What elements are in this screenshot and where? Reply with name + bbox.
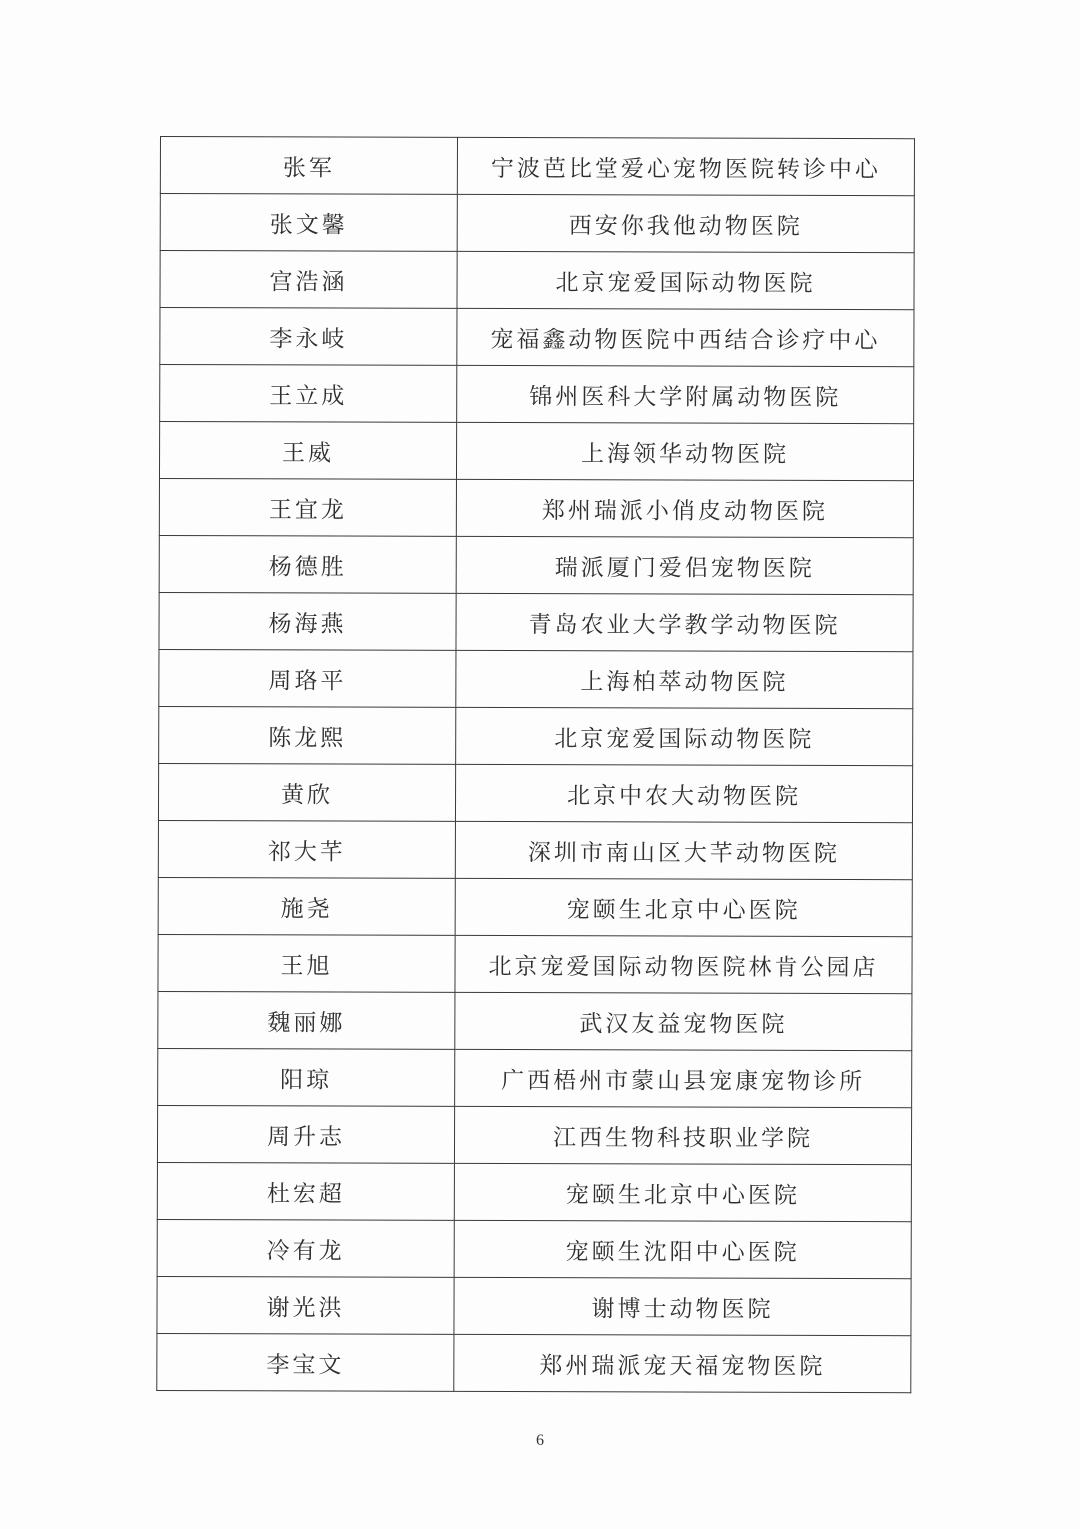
table-row: 宫浩涵 北京宠爱国际动物医院 — [160, 251, 914, 310]
organization-cell: 郑州瑞派小俏皮动物医院 — [456, 479, 913, 537]
organization-cell: 瑞派厦门爱侣宠物医院 — [456, 536, 913, 594]
organization-cell: 宁波芭比堂爱心宠物医院转诊中心 — [457, 137, 914, 195]
organization-cell: 北京中农大动物医院 — [455, 764, 912, 822]
name-cell: 杨海燕 — [159, 592, 456, 650]
roster-table-body: 张军 宁波芭比堂爱心宠物医院转诊中心 张文馨 西安你我他动物医院 宫浩涵 北京宠… — [157, 137, 915, 1393]
name-cell: 陈龙熙 — [159, 706, 456, 764]
page-number: 6 — [0, 1432, 1080, 1450]
organization-cell: 西安你我他动物医院 — [457, 194, 914, 252]
table-row: 祁大芊 深圳市南山区大芊动物医院 — [158, 820, 912, 879]
roster-table-container: 张军 宁波芭比堂爱心宠物医院转诊中心 张文馨 西安你我他动物医院 宫浩涵 北京宠… — [156, 136, 912, 1393]
roster-table: 张军 宁波芭比堂爱心宠物医院转诊中心 张文馨 西安你我他动物医院 宫浩涵 北京宠… — [156, 136, 915, 1393]
name-cell: 杨德胜 — [159, 535, 456, 593]
table-row: 王旭 北京宠爱国际动物医院林肯公园店 — [158, 934, 912, 993]
table-row: 冷有龙 宠颐生沈阳中心医院 — [157, 1219, 911, 1278]
table-row: 周升志 江西生物科技职业学院 — [157, 1105, 911, 1164]
organization-cell: 北京宠爱国际动物医院林肯公园店 — [455, 935, 912, 993]
name-cell: 冷有龙 — [157, 1219, 454, 1277]
table-row: 王威 上海领华动物医院 — [159, 422, 913, 481]
organization-cell: 宠颐生北京中心医院 — [454, 1163, 911, 1221]
organization-cell: 深圳市南山区大芊动物医院 — [455, 821, 912, 879]
table-row: 王立成 锦州医科大学附属动物医院 — [160, 365, 914, 424]
table-row: 王宜龙 郑州瑞派小俏皮动物医院 — [159, 478, 913, 537]
table-row: 杨德胜 瑞派厦门爱侣宠物医院 — [159, 535, 913, 594]
organization-cell: 江西生物科技职业学院 — [454, 1106, 911, 1164]
table-row: 李永岐 宠福鑫动物医院中西结合诊疗中心 — [160, 308, 914, 367]
organization-cell: 武汉友益宠物医院 — [455, 992, 912, 1050]
name-cell: 魏丽娜 — [158, 991, 455, 1049]
name-cell: 施尧 — [158, 877, 455, 935]
organization-cell: 上海领华动物医院 — [456, 422, 913, 480]
organization-cell: 上海柏萃动物医院 — [456, 650, 913, 708]
name-cell: 李宝文 — [157, 1333, 454, 1391]
table-row: 施尧 宠颐生北京中心医院 — [158, 877, 912, 936]
organization-cell: 锦州医科大学附属动物医院 — [457, 365, 914, 423]
organization-cell: 谢博士动物医院 — [454, 1277, 911, 1335]
name-cell: 王威 — [159, 422, 456, 480]
name-cell: 张军 — [160, 137, 457, 195]
document-page: 张军 宁波芭比堂爱心宠物医院转诊中心 张文馨 西安你我他动物医院 宫浩涵 北京宠… — [0, 0, 1080, 1529]
name-cell: 王旭 — [158, 934, 455, 992]
name-cell: 宫浩涵 — [160, 251, 457, 309]
organization-cell: 宠福鑫动物医院中西结合诊疗中心 — [457, 308, 914, 366]
table-row: 杨海燕 青岛农业大学教学动物医院 — [159, 592, 913, 651]
table-row: 黄欣 北京中农大动物医院 — [158, 763, 912, 822]
table-row: 李宝文 郑州瑞派宠天福宠物医院 — [157, 1333, 911, 1392]
table-row: 张军 宁波芭比堂爱心宠物医院转诊中心 — [160, 137, 914, 196]
organization-cell: 北京宠爱国际动物医院 — [456, 707, 913, 765]
table-row: 周珞平 上海柏萃动物医院 — [159, 649, 913, 708]
organization-cell: 广西梧州市蒙山县宠康宠物诊所 — [455, 1049, 912, 1107]
name-cell: 阳琼 — [158, 1048, 455, 1106]
table-row: 张文馨 西安你我他动物医院 — [160, 194, 914, 253]
organization-cell: 北京宠爱国际动物医院 — [457, 251, 914, 309]
name-cell: 王宜龙 — [159, 478, 456, 536]
table-row: 魏丽娜 武汉友益宠物医院 — [158, 991, 912, 1050]
name-cell: 王立成 — [160, 365, 457, 423]
name-cell: 周升志 — [157, 1105, 454, 1163]
table-row: 陈龙熙 北京宠爱国际动物医院 — [159, 706, 913, 765]
table-row: 谢光洪 谢博士动物医院 — [157, 1276, 911, 1335]
organization-cell: 宠颐生沈阳中心医院 — [454, 1220, 911, 1278]
name-cell: 杜宏超 — [157, 1162, 454, 1220]
table-row: 杜宏超 宠颐生北京中心医院 — [157, 1162, 911, 1221]
name-cell: 周珞平 — [159, 649, 456, 707]
name-cell: 张文馨 — [160, 194, 457, 252]
name-cell: 李永岐 — [160, 308, 457, 366]
name-cell: 黄欣 — [158, 763, 455, 821]
table-row: 阳琼 广西梧州市蒙山县宠康宠物诊所 — [158, 1048, 912, 1107]
organization-cell: 郑州瑞派宠天福宠物医院 — [454, 1334, 911, 1392]
name-cell: 祁大芊 — [158, 820, 455, 878]
organization-cell: 青岛农业大学教学动物医院 — [456, 593, 913, 651]
name-cell: 谢光洪 — [157, 1276, 454, 1334]
organization-cell: 宠颐生北京中心医院 — [455, 878, 912, 936]
